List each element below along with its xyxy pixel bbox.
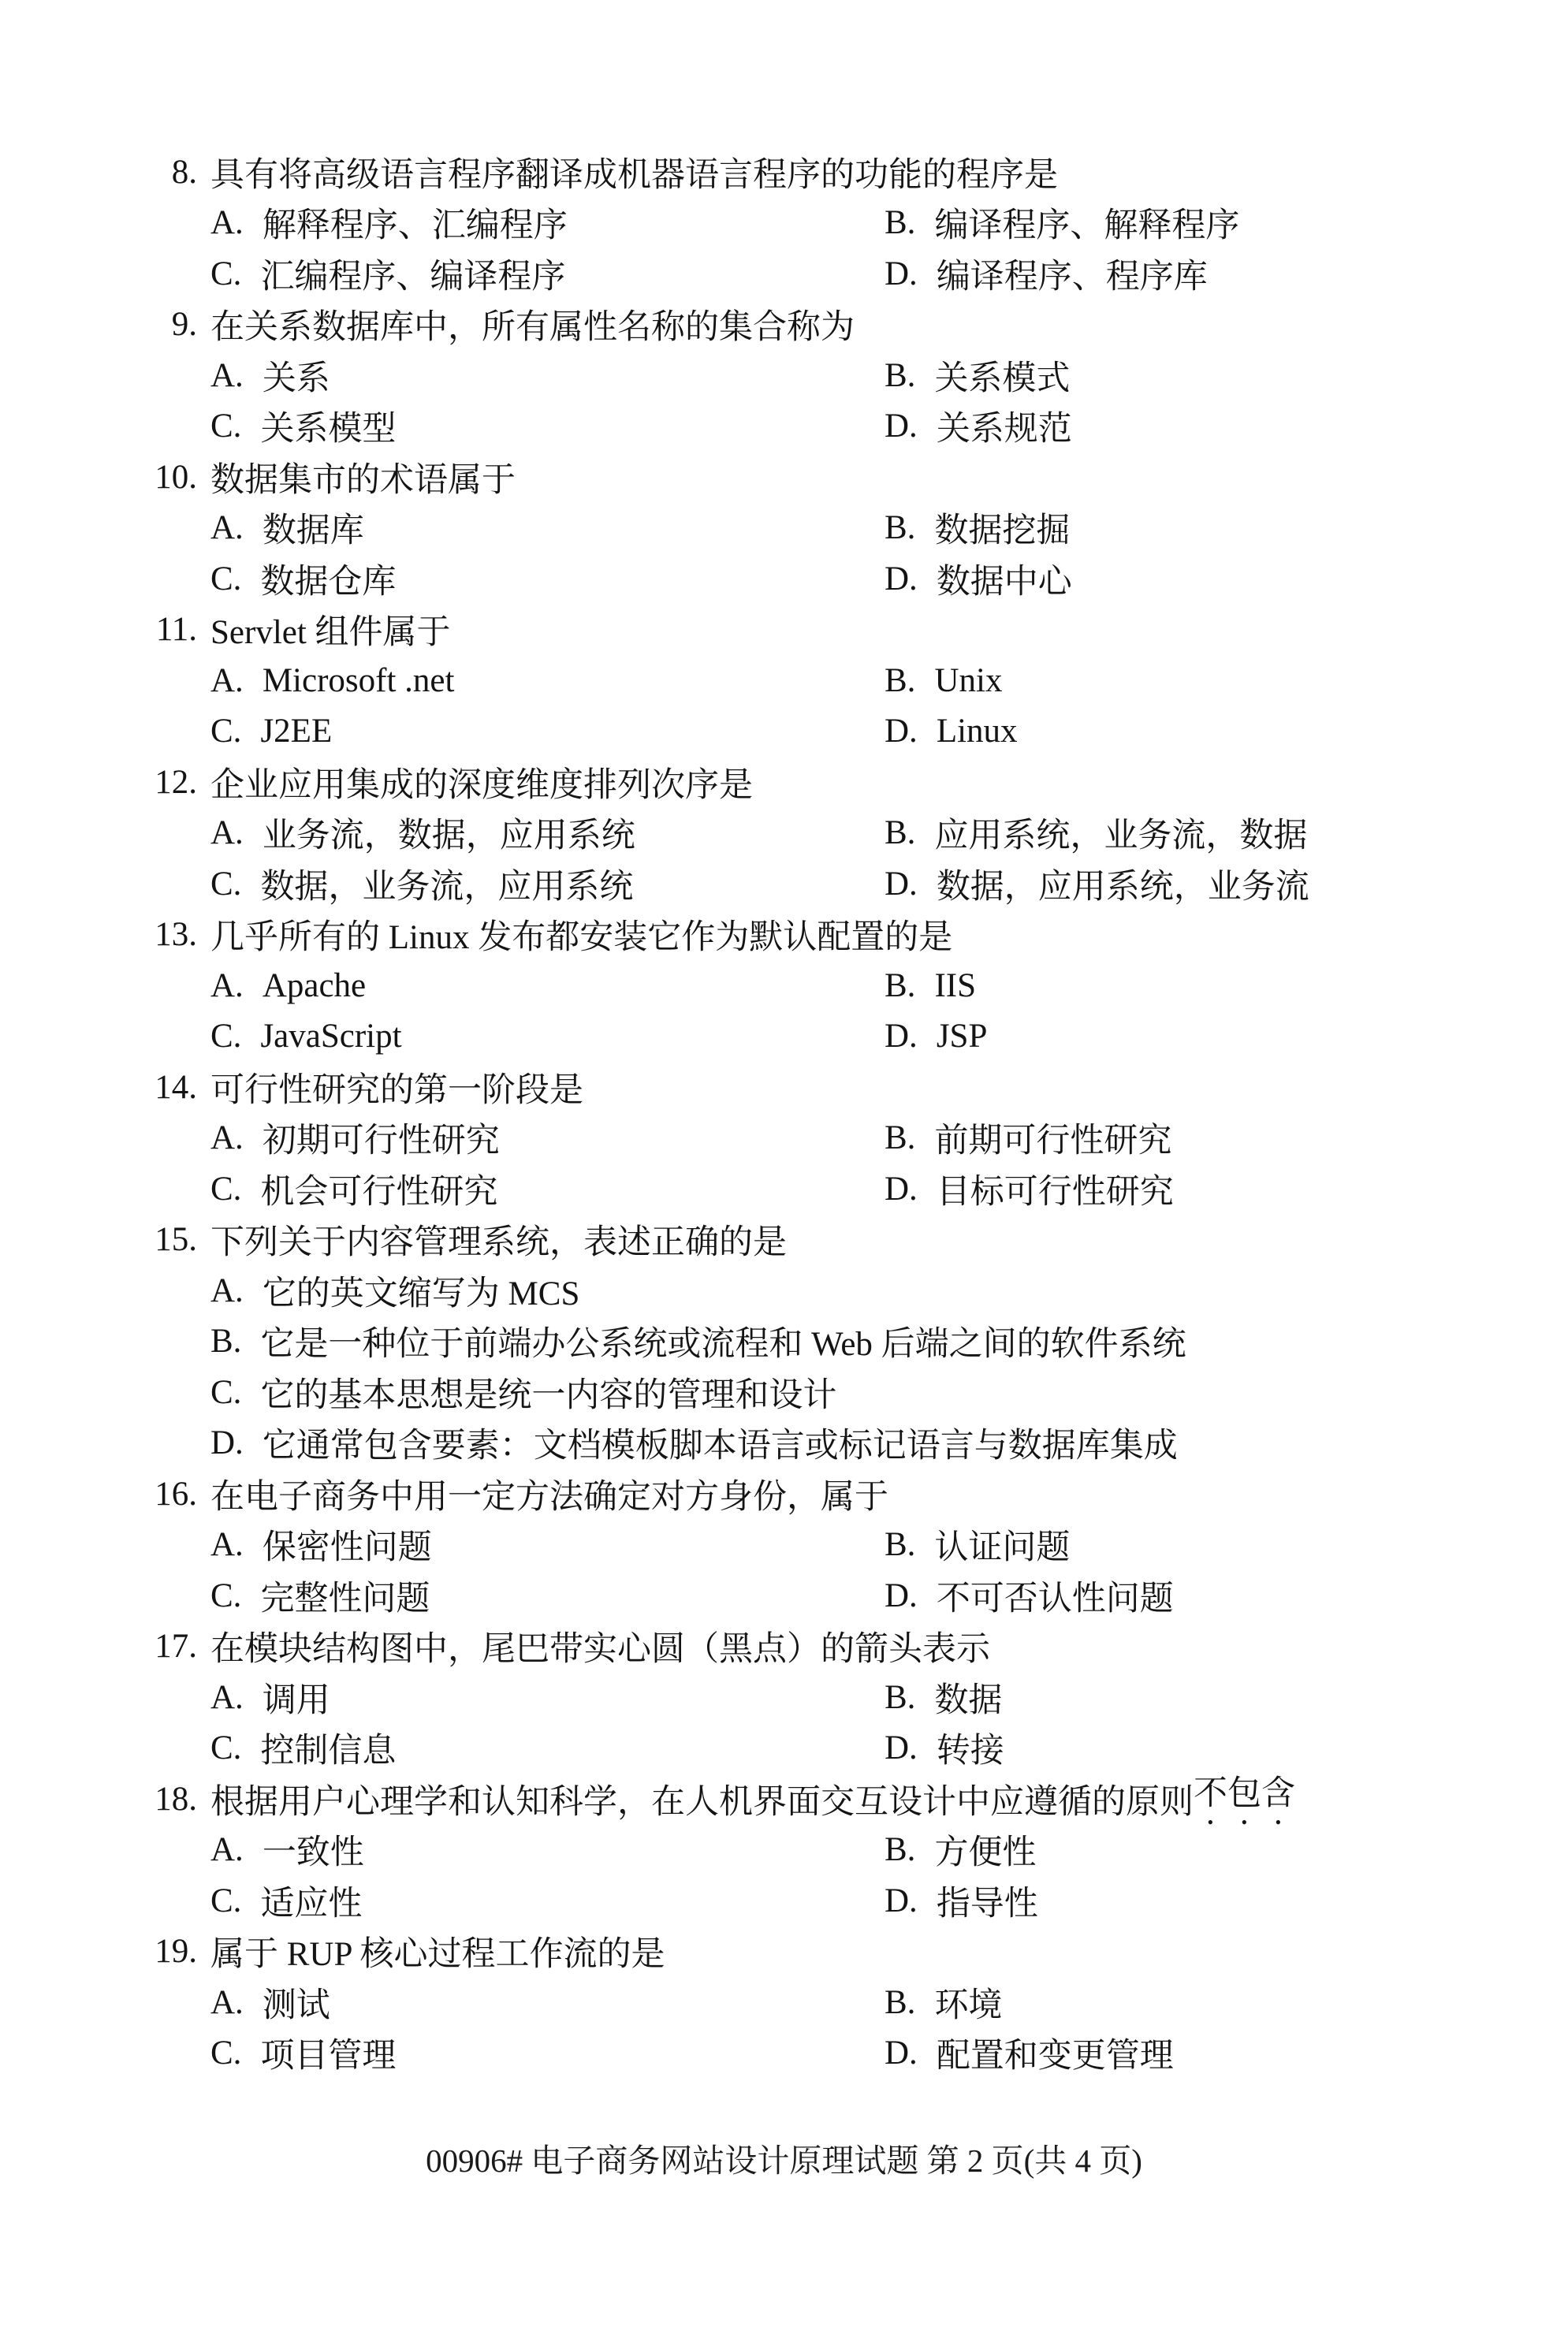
option-label: D.	[885, 865, 918, 903]
option-label: A.	[210, 1983, 244, 2022]
option-item: B.它是一种位于前端办公系统或流程和 Web 后端之间的软件系统	[210, 1316, 1568, 1368]
question-number: 10.	[132, 458, 197, 497]
options-grid: A.保密性问题B.认证问题C.完整性问题D.不可否认性问题	[0, 1520, 1568, 1621]
option-text: 数据	[934, 1673, 1002, 1722]
option-label: B.	[885, 203, 915, 242]
option-item: B.编译程序、解释程序	[885, 198, 1568, 249]
option-text: 编译程序、程序库	[937, 250, 1208, 298]
question-stem: 属于 RUP 核心过程工作流的是	[210, 1927, 665, 1975]
question-item: 16.在电子商务中用一定方法确定对方身份，属于A.保密性问题B.认证问题C.完整…	[0, 1469, 1568, 1621]
option-item: B.Unix	[885, 655, 1568, 706]
question-stem-row: 18.根据用户心理学和认知科学，在人机界面交互设计中应遵循的原则不包含	[0, 1774, 1568, 1825]
option-label: D.	[885, 560, 918, 598]
option-label: C.	[210, 2034, 241, 2072]
question-item: 15.下列关于内容管理系统，表述正确的是A.它的英文缩写为 MCSB.它是一种位…	[0, 1215, 1568, 1469]
option-label: B.	[885, 1830, 915, 1869]
question-stem: 在关系数据库中，所有属性名称的集合称为	[210, 300, 855, 348]
option-label: C.	[210, 1882, 241, 1920]
question-number: 8.	[132, 153, 197, 192]
question-number: 16.	[132, 1475, 197, 1513]
option-label: D.	[885, 407, 918, 445]
option-item: A.一致性	[210, 1825, 885, 1876]
option-text: 调用	[263, 1673, 330, 1722]
option-text: Unix	[934, 661, 1002, 700]
option-text: 汇编程序、编译程序	[260, 250, 565, 298]
option-text: 项目管理	[260, 2029, 396, 2077]
option-label: B.	[885, 1678, 915, 1717]
question-stem: 具有将高级语言程序翻译成机器语言程序的功能的程序是	[210, 148, 1058, 196]
option-text: 前期可行性研究	[934, 1114, 1171, 1162]
option-label: B.	[210, 1322, 241, 1361]
option-text: 数据，应用系统，业务流	[937, 860, 1309, 908]
question-number: 19.	[132, 1932, 197, 1971]
question-stem: 企业应用集成的深度维度排列次序是	[210, 758, 753, 806]
option-text: 不可否认性问题	[937, 1572, 1174, 1620]
option-label: B.	[885, 813, 915, 852]
option-item: A.业务流，数据，应用系统	[210, 808, 885, 859]
option-text: J2EE	[260, 712, 332, 750]
options-grid: A.测试B.环境C.项目管理D.配置和变更管理	[0, 1977, 1568, 2079]
footer-text: 00906# 电子商务网站设计原理试题 第 2 页(共 4 页)	[426, 2143, 1142, 2179]
question-stem-row: 17.在模块结构图中，尾巴带实心圆（黑点）的箭头表示	[0, 1621, 1568, 1673]
option-label: A.	[210, 661, 244, 700]
option-item: A.Apache	[210, 960, 885, 1011]
option-text: 它是一种位于前端办公系统或流程和 Web 后端之间的软件系统	[260, 1317, 1186, 1365]
option-text: Apache	[263, 966, 366, 1005]
question-stem: 几乎所有的 Linux 发布都安装它作为默认配置的是	[210, 910, 952, 959]
option-item: B.关系模式	[885, 350, 1568, 401]
option-item: D.配置和变更管理	[885, 2028, 1568, 2079]
option-item: A.调用	[210, 1672, 885, 1723]
option-item: A.初期可行性研究	[210, 1113, 885, 1164]
option-text: 配置和变更管理	[937, 2029, 1174, 2077]
question-stem-emphasis: 不包含	[1194, 1767, 1295, 1832]
option-label: A.	[210, 508, 244, 547]
option-label: C.	[210, 1577, 241, 1615]
option-text: 转接	[937, 1724, 1004, 1772]
question-stem-row: 9.在关系数据库中，所有属性名称的集合称为	[0, 300, 1568, 351]
question-stem: 下列关于内容管理系统，表述正确的是	[210, 1216, 787, 1264]
option-label: D.	[885, 1017, 918, 1055]
option-item: D.不可否认性问题	[885, 1570, 1568, 1621]
option-text: 数据中心	[937, 555, 1072, 603]
options-grid: A.解释程序、汇编程序B.编译程序、解释程序C.汇编程序、编译程序D.编译程序、…	[0, 198, 1568, 300]
option-item: C.机会可行性研究	[210, 1163, 885, 1215]
option-text: 解释程序、汇编程序	[263, 199, 568, 247]
option-label: B.	[885, 1119, 915, 1157]
question-stem-row: 16.在电子商务中用一定方法确定对方身份，属于	[0, 1469, 1568, 1520]
option-label: C.	[210, 255, 241, 293]
option-label: D.	[885, 2034, 918, 2072]
option-text: JavaScript	[260, 1017, 401, 1055]
options-grid: A.初期可行性研究B.前期可行性研究C.机会可行性研究D.目标可行性研究	[0, 1113, 1568, 1215]
question-number: 17.	[132, 1627, 197, 1666]
options-grid: A.关系B.关系模式C.关系模型D.关系规范	[0, 350, 1568, 452]
option-text: Linux	[937, 712, 1018, 750]
option-item: B.数据挖掘	[885, 503, 1568, 554]
question-stem: 根据用户心理学和认知科学，在人机界面交互设计中应遵循的原则	[210, 1775, 1194, 1823]
option-item: B.数据	[885, 1672, 1568, 1723]
option-text: 目标可行性研究	[937, 1165, 1174, 1213]
option-label: C.	[210, 407, 241, 445]
options-grid: A.一致性B.方便性C.适应性D.指导性	[0, 1825, 1568, 1927]
exam-scan-page: 8.具有将高级语言程序翻译成机器语言程序的功能的程序是A.解释程序、汇编程序B.…	[0, 0, 1568, 2338]
option-text: 数据仓库	[260, 555, 396, 603]
option-text: JSP	[937, 1017, 988, 1055]
option-label: B.	[885, 1983, 915, 2022]
option-text: 方便性	[934, 1826, 1036, 1874]
option-item: D.JSP	[885, 1011, 1568, 1063]
question-item: 12.企业应用集成的深度维度排列次序是A.业务流，数据，应用系统B.应用系统，业…	[0, 757, 1568, 910]
option-item: D.Linux	[885, 706, 1568, 758]
question-item: 11.Servlet 组件属于A.Microsoft .netB.UnixC.J…	[0, 605, 1568, 758]
option-item: C.J2EE	[210, 706, 885, 758]
option-label: A.	[210, 1525, 244, 1564]
option-text: 它的英文缩写为 MCS	[263, 1267, 580, 1315]
option-item: C.JavaScript	[210, 1011, 885, 1063]
option-text: 它通常包含要素：文档模板脚本语言或标记语言与数据库集成	[263, 1419, 1178, 1467]
option-text: 数据库	[263, 504, 364, 552]
question-stem-row: 11.Servlet 组件属于	[0, 605, 1568, 656]
option-item: D.它通常包含要素：文档模板脚本语言或标记语言与数据库集成	[210, 1418, 1568, 1469]
option-text: 它的基本思想是统一内容的管理和设计	[260, 1368, 836, 1417]
option-label: D.	[885, 1729, 918, 1767]
option-item: A.解释程序、汇编程序	[210, 198, 885, 249]
option-text: 编译程序、解释程序	[934, 199, 1239, 247]
options-stack: A.它的英文缩写为 MCSB.它是一种位于前端办公系统或流程和 Web 后端之间…	[0, 1265, 1568, 1469]
option-text: 控制信息	[260, 1724, 396, 1772]
option-label: A.	[210, 356, 244, 395]
question-stem-row: 14.可行性研究的第一阶段是	[0, 1062, 1568, 1113]
option-label: B.	[885, 661, 915, 700]
option-text: 数据，业务流，应用系统	[260, 860, 633, 908]
option-text: 指导性	[937, 1877, 1038, 1925]
question-number: 18.	[132, 1780, 197, 1819]
option-text: IIS	[934, 966, 976, 1005]
option-label: C.	[210, 865, 241, 903]
option-text: 适应性	[260, 1877, 362, 1925]
option-label: A.	[210, 1830, 244, 1869]
option-text: 关系模式	[934, 352, 1070, 400]
option-text: 业务流，数据，应用系统	[263, 809, 635, 857]
question-stem-row: 12.企业应用集成的深度维度排列次序是	[0, 757, 1568, 808]
question-number: 14.	[132, 1068, 197, 1107]
option-label: A.	[210, 1119, 244, 1157]
page-footer: 00906# 电子商务网站设计原理试题 第 2 页(共 4 页)	[0, 2135, 1568, 2181]
question-number: 13.	[132, 915, 197, 954]
question-stem-row: 15.下列关于内容管理系统，表述正确的是	[0, 1215, 1568, 1266]
options-grid: A.调用B.数据C.控制信息D.转接	[0, 1672, 1568, 1774]
option-label: A.	[210, 966, 244, 1005]
option-label: C.	[210, 560, 241, 598]
question-item: 14.可行性研究的第一阶段是A.初期可行性研究B.前期可行性研究C.机会可行性研…	[0, 1062, 1568, 1215]
option-text: 保密性问题	[263, 1521, 432, 1569]
option-text: 关系规范	[937, 402, 1072, 450]
option-item: C.项目管理	[210, 2028, 885, 2079]
option-label: A.	[210, 203, 244, 242]
option-item: C.数据，业务流，应用系统	[210, 858, 885, 910]
question-item: 19.属于 RUP 核心过程工作流的是A.测试B.环境C.项目管理D.配置和变更…	[0, 1927, 1568, 2079]
option-item: A.测试	[210, 1977, 885, 2028]
option-item: A.关系	[210, 350, 885, 401]
option-text: 关系	[263, 352, 330, 400]
option-label: C.	[210, 1170, 241, 1208]
option-text: 环境	[934, 1979, 1002, 2027]
option-item: B.环境	[885, 1977, 1568, 2028]
question-number: 11.	[132, 610, 197, 649]
option-text: 认证问题	[934, 1521, 1070, 1569]
question-stem: 在电子商务中用一定方法确定对方身份，属于	[210, 1470, 888, 1518]
question-item: 18.根据用户心理学和认知科学，在人机界面交互设计中应遵循的原则不包含A.一致性…	[0, 1774, 1568, 1927]
option-label: A.	[210, 1678, 244, 1717]
question-stem: 在模块结构图中，尾巴带实心圆（黑点）的箭头表示	[210, 1622, 990, 1670]
option-item: C.汇编程序、编译程序	[210, 248, 885, 300]
question-item: 13.几乎所有的 Linux 发布都安装它作为默认配置的是A.ApacheB.I…	[0, 910, 1568, 1063]
question-stem-row: 19.属于 RUP 核心过程工作流的是	[0, 1927, 1568, 1978]
option-item: B.方便性	[885, 1825, 1568, 1876]
option-item: B.IIS	[885, 960, 1568, 1011]
option-item: C.它的基本思想是统一内容的管理和设计	[210, 1367, 1568, 1418]
option-label: B.	[885, 356, 915, 395]
question-stem-row: 10.数据集市的术语属于	[0, 452, 1568, 503]
option-text: 一致性	[263, 1826, 364, 1874]
option-text: Microsoft .net	[263, 661, 455, 700]
question-stem: Servlet 组件属于	[210, 605, 451, 653]
option-item: D.目标可行性研究	[885, 1163, 1568, 1215]
option-item: D.指导性	[885, 1875, 1568, 1927]
question-stem: 可行性研究的第一阶段是	[210, 1063, 583, 1111]
question-number: 9.	[132, 305, 197, 344]
option-text: 完整性问题	[260, 1572, 430, 1620]
question-item: 17.在模块结构图中，尾巴带实心圆（黑点）的箭头表示A.调用B.数据C.控制信息…	[0, 1621, 1568, 1774]
option-label: C.	[210, 712, 241, 750]
question-stem-row: 8.具有将高级语言程序翻译成机器语言程序的功能的程序是	[0, 147, 1568, 198]
option-label: C.	[210, 1017, 241, 1055]
option-item: C.适应性	[210, 1875, 885, 1927]
option-item: B.认证问题	[885, 1520, 1568, 1571]
option-item: B.应用系统，业务流，数据	[885, 808, 1568, 859]
option-label: B.	[885, 966, 915, 1005]
option-text: 机会可行性研究	[260, 1165, 497, 1213]
option-item: D.编译程序、程序库	[885, 248, 1568, 300]
option-label: C.	[210, 1373, 241, 1412]
option-item: C.完整性问题	[210, 1570, 885, 1621]
option-label: D.	[885, 712, 918, 750]
option-label: D.	[885, 255, 918, 293]
option-label: A.	[210, 813, 244, 852]
options-grid: A.业务流，数据，应用系统B.应用系统，业务流，数据C.数据，业务流，应用系统D…	[0, 808, 1568, 910]
option-text: 应用系统，业务流，数据	[934, 809, 1307, 857]
option-item: D.数据，应用系统，业务流	[885, 858, 1568, 910]
question-item: 9.在关系数据库中，所有属性名称的集合称为A.关系B.关系模式C.关系模型D.关…	[0, 300, 1568, 452]
option-label: C.	[210, 1729, 241, 1767]
option-text: 数据挖掘	[934, 504, 1070, 552]
question-stem: 数据集市的术语属于	[210, 453, 516, 501]
option-text: 初期可行性研究	[263, 1114, 500, 1162]
option-item: A.数据库	[210, 503, 885, 554]
options-grid: A.数据库B.数据挖掘C.数据仓库D.数据中心	[0, 503, 1568, 605]
option-item: A.保密性问题	[210, 1520, 885, 1571]
option-item: A.它的英文缩写为 MCS	[210, 1265, 1568, 1316]
option-item: D.关系规范	[885, 401, 1568, 452]
option-label: A.	[210, 1271, 244, 1310]
option-item: D.数据中心	[885, 553, 1568, 605]
option-label: D.	[885, 1577, 918, 1615]
options-grid: A.Microsoft .netB.UnixC.J2EED.Linux	[0, 655, 1568, 757]
option-item: C.关系模型	[210, 401, 885, 452]
option-item: B.前期可行性研究	[885, 1113, 1568, 1164]
options-grid: A.ApacheB.IISC.JavaScriptD.JSP	[0, 960, 1568, 1062]
option-item: C.控制信息	[210, 1723, 885, 1774]
option-label: B.	[885, 1525, 915, 1564]
question-stem-row: 13.几乎所有的 Linux 发布都安装它作为默认配置的是	[0, 910, 1568, 961]
option-label: D.	[885, 1170, 918, 1208]
option-label: D.	[885, 1882, 918, 1920]
option-item: C.数据仓库	[210, 553, 885, 605]
option-label: D.	[210, 1424, 244, 1462]
option-text: 关系模型	[260, 402, 396, 450]
question-item: 8.具有将高级语言程序翻译成机器语言程序的功能的程序是A.解释程序、汇编程序B.…	[0, 147, 1568, 300]
question-number: 15.	[132, 1220, 197, 1259]
question-item: 10.数据集市的术语属于A.数据库B.数据挖掘C.数据仓库D.数据中心	[0, 452, 1568, 605]
question-list: 8.具有将高级语言程序翻译成机器语言程序的功能的程序是A.解释程序、汇编程序B.…	[0, 0, 1568, 2079]
option-item: A.Microsoft .net	[210, 655, 885, 706]
option-text: 测试	[263, 1979, 330, 2027]
question-number: 12.	[132, 763, 197, 802]
option-label: B.	[885, 508, 915, 547]
